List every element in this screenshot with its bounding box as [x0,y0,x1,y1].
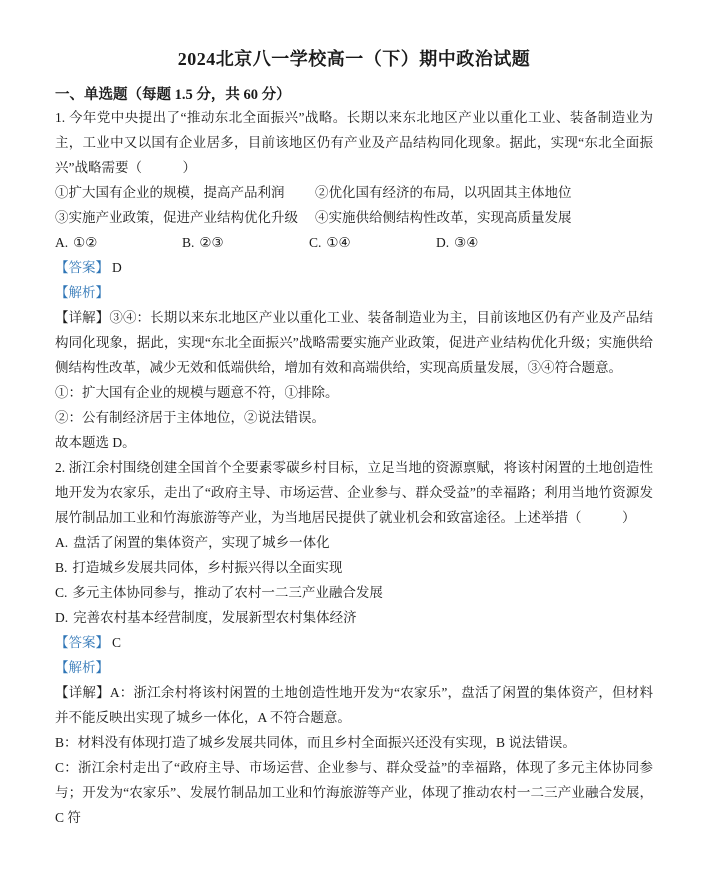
option-d-text: 完善农村基本经营制度，发展新型农村集体经济 [73,610,357,625]
question-1-option-c: C.①④ [309,230,436,255]
question-2-option-c: C.多元主体协同参与，推动了农村一二三产业融合发展 [55,580,653,605]
question-1-option-d: D.③④ [436,230,563,255]
answer-label: 【答案】 [55,260,109,275]
question-2-detail-3: C：浙江余村走出了“政府主导、市场运营、企业参与、群众受益”的幸福路，体现了多元… [55,755,653,830]
statement-1: ①扩大国有企业的规模，提高产品利润 [55,180,315,205]
question-1-option-b: B.②③ [182,230,309,255]
question-2-option-d: D.完善农村基本经营制度，发展新型农村集体经济 [55,605,653,630]
question-2-detail-2: B：材料没有体现打造了城乡发展共同体，而且乡村全面振兴还没有实现，B 说法错误。 [55,730,653,755]
exam-page: 2024北京八一学校高一（下）期中政治试题 一、单选题（每题 1.5 分，共 6… [0,0,701,877]
question-1-detail-2: ①：扩大国有企业的规模与题意不符，①排除。 [55,380,653,405]
question-1-detail-4: 故本题选 D。 [55,430,653,455]
option-a-text: 盘活了闲置的集体资产，实现了城乡一体化 [73,535,330,550]
option-d-label: D. [55,610,68,625]
question-2-answer-value: C [112,635,121,650]
question-1-statement-row-2: ③实施产业政策，促进产业结构优化升级④实施供给侧结构性改革，实现高质量发展 [55,205,653,230]
question-2-option-b: B.打造城乡发展共同体，乡村振兴得以全面实现 [55,555,653,580]
question-1-option-a: A.①② [55,230,182,255]
statement-3: ③实施产业政策，促进产业结构优化升级 [55,205,315,230]
option-a-label: A. [55,235,68,250]
option-a-label: A. [55,535,68,550]
question-2-analysis-label: 【解析】 [55,655,653,680]
question-1-answer-value: D [112,260,122,275]
question-2-stem: 2. 浙江余村围绕创建全国首个全要素零碳乡村目标，立足当地的资源禀赋，将该村闲置… [55,455,653,530]
question-2-answer-line: 【答案】C [55,630,653,655]
option-b-text: ②③ [199,235,223,250]
statement-4: ④实施供给侧结构性改革，实现高质量发展 [315,210,572,225]
question-block-2: 2. 浙江余村围绕创建全国首个全要素零碳乡村目标，立足当地的资源禀赋，将该村闲置… [55,455,653,830]
answer-label: 【答案】 [55,635,109,650]
option-c-text: 多元主体协同参与，推动了农村一二三产业融合发展 [72,585,383,600]
question-1-statement-row-1: ①扩大国有企业的规模，提高产品利润②优化国有经济的布局，以巩固其主体地位 [55,180,653,205]
question-1-options-row: A.①②B.②③C.①④D.③④ [55,230,653,255]
option-d-label: D. [436,235,449,250]
question-1-answer-line: 【答案】D [55,255,653,280]
question-block-1: 1. 今年党中央提出了“推动东北全面振兴”战略。长期以来东北地区产业以重化工业、… [55,105,653,455]
question-2-detail-1: 【详解】A：浙江余村将该村闲置的土地创造性地开发为“农家乐”，盘活了闲置的集体资… [55,680,653,730]
question-2-option-a: A.盘活了闲置的集体资产，实现了城乡一体化 [55,530,653,555]
option-c-label: C. [309,235,321,250]
option-b-label: B. [182,235,194,250]
question-1-stem: 1. 今年党中央提出了“推动东北全面振兴”战略。长期以来东北地区产业以重化工业、… [55,105,653,180]
statement-2: ②优化国有经济的布局，以巩固其主体地位 [315,185,572,200]
option-b-text: 打造城乡发展共同体，乡村振兴得以全面实现 [72,560,342,575]
question-1-analysis-label: 【解析】 [55,280,653,305]
option-a-text: ①② [73,235,97,250]
question-1-detail-1: 【详解】③④：长期以来东北地区产业以重化工业、装备制造业为主，目前该地区仍有产业… [55,305,653,380]
section-header: 一、单选题（每题 1.5 分，共 60 分） [55,85,653,105]
option-c-text: ①④ [326,235,350,250]
question-1-detail-3: ②：公有制经济居于主体地位，②说法错误。 [55,405,653,430]
option-c-label: C. [55,585,67,600]
option-b-label: B. [55,560,67,575]
document-title: 2024北京八一学校高一（下）期中政治试题 [55,46,653,72]
option-d-text: ③④ [454,235,478,250]
